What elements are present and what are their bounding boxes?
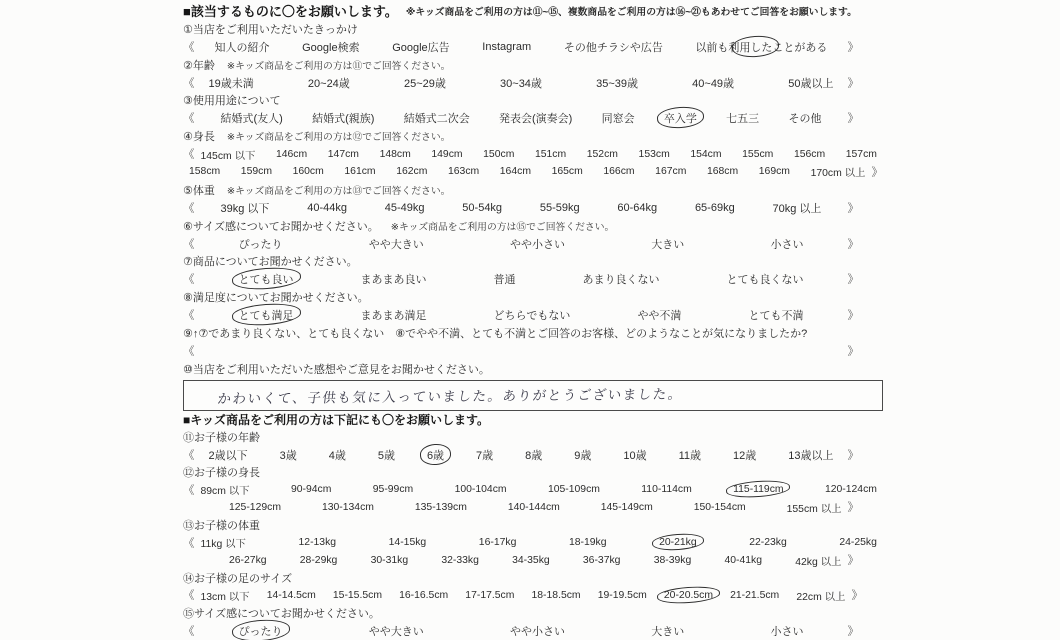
option: 125-129cm [229, 502, 281, 513]
bracket-open: 《 [183, 535, 195, 551]
option: 140-144cm [508, 502, 560, 513]
option: 6歳 [427, 447, 444, 463]
option: ぴったり [239, 236, 283, 252]
bracket-close: 》 [848, 307, 860, 323]
question-5-label: ⑤体重 [183, 182, 215, 198]
option-text: ことがある [772, 42, 827, 54]
option: 156cm [794, 149, 825, 160]
question-8-options-row: 《 とても満足まあまあ満足どちらでもないやや不満とても不満 》 [183, 306, 883, 324]
option: 19-19.5cm [598, 590, 647, 601]
option: 120-124cm [825, 484, 877, 495]
option: 42kg 以上 [795, 553, 841, 568]
option: とても満足 [239, 307, 294, 323]
option: 163cm [448, 166, 479, 177]
bracket-close: 》 [848, 200, 860, 216]
question-12-options-line1: 89cm 以下90-94cm95-99cm100-104cm105-109cm1… [201, 482, 878, 497]
bracket-open: 《 [183, 587, 195, 603]
option: 155cm 以上 [787, 500, 842, 515]
option: 154cm [690, 149, 721, 160]
option: その他 [788, 110, 821, 126]
question-7-options: とても良いまあまあ良い普通あまり良くないとても良くない [239, 271, 804, 287]
option: 24-25kg [839, 537, 877, 548]
bracket-open: 《 [183, 110, 195, 126]
option: 164cm [500, 166, 531, 177]
question-6-options: ぴったりやや大きいやや小さい大きい小さい [239, 236, 804, 252]
bracket-open: 《 [183, 307, 195, 323]
option: 22cm 以上 [796, 588, 845, 603]
option: 150-154cm [694, 502, 746, 513]
bracket-open: 《 [183, 271, 195, 287]
question-7-options-row: 《 とても良いまあまあ良い普通あまり良くないとても良くない 》 [183, 270, 883, 288]
question-11-options-row: 《 2歳以下3歳4歳5歳6歳7歳8歳9歳10歳11歳12歳13歳以上 》 [183, 446, 883, 464]
bracket-close: 》 [848, 75, 860, 91]
question-2-note: ※キッズ商品をご利用の方は⑪でご回答ください。 [227, 58, 451, 72]
option: 3歳 [280, 447, 297, 463]
option: 21-21.5cm [730, 590, 779, 601]
option: やや小さい [510, 623, 565, 639]
bracket-open: 《 [183, 236, 195, 252]
option: 34-35kg [512, 555, 550, 566]
question-5-label-row: ⑤体重 ※キッズ商品をご利用の方は⑬でご回答ください。 [183, 181, 883, 199]
option: 13cm 以下 [201, 588, 250, 603]
option: 七五三 [726, 110, 759, 126]
option: 25~29歳 [404, 75, 446, 91]
option: 170cm 以上 [811, 164, 866, 179]
option: 結婚式(親族) [312, 110, 374, 126]
option: 普通 [494, 271, 516, 287]
option: Google広告 [392, 39, 449, 55]
question-13-options-row-2: 26-27kg28-29kg30-31kg32-33kg34-35kg36-37… [183, 551, 883, 569]
question-13-options-line2: 26-27kg28-29kg30-31kg32-33kg34-35kg36-37… [229, 553, 842, 568]
question-3-options-row: 《 結婚式(友人)結婚式(親族)結婚式二次会発表会(演奏会)同窓会卒入学七五三そ… [183, 109, 883, 127]
option: 発表会(演奏会) [499, 110, 572, 126]
bracket-close: 》 [852, 587, 864, 603]
option: 35~39歳 [596, 75, 638, 91]
question-15-label-row: ⑮サイズ感についてお聞かせください。 [183, 604, 883, 622]
question-14-label-row: ⑭お子様の足のサイズ [183, 569, 883, 587]
option: とても不満 [748, 307, 803, 323]
question-9-label-row: ⑨↑⑦であまり良くない、とても良くない ⑧でやや不満、とても不満とご回答のお客様… [183, 324, 883, 342]
option: 145-149cm [601, 502, 653, 513]
question-6-options-row: 《 ぴったりやや大きいやや小さい大きい小さい 》 [183, 235, 883, 253]
option: 4歳 [329, 447, 346, 463]
option: 168cm [707, 166, 738, 177]
option: 13歳以上 [788, 447, 833, 463]
option: 18-19kg [569, 537, 607, 548]
option: 157cm [846, 149, 877, 160]
option: 18-18.5cm [532, 590, 581, 601]
option: 150cm [483, 149, 514, 160]
option: 166cm [603, 166, 634, 177]
option: 100-104cm [455, 484, 507, 495]
question-15-options: ぴったりやや大きいやや小さい大きい小さい [239, 623, 804, 639]
option: 以前も利用したことがある [695, 39, 827, 55]
adult-section: ■該当するものに〇をお願いします。 ※キッズ商品をご利用の方は⑪~⑮、複数商品を… [183, 2, 883, 378]
option: 149cm [431, 149, 462, 160]
circle-mark: 用した [739, 39, 772, 55]
bracket-close: 》 [872, 164, 884, 180]
option: やや不満 [637, 307, 681, 323]
question-5-options: 39kg 以下40-44kg45-49kg50-54kg55-59kg60-64… [221, 200, 822, 216]
question-10-label: ⑩当店をご利用いただいた感想やご意見をお聞かせください。 [183, 361, 490, 377]
option: 152cm [587, 149, 618, 160]
question-5-note: ※キッズ商品をご利用の方は⑬でご回答ください。 [227, 183, 451, 197]
option: 結婚式(友人) [221, 110, 283, 126]
question-11-options: 2歳以下3歳4歳5歳6歳7歳8歳9歳10歳11歳12歳13歳以上 [209, 447, 834, 463]
option: 15-15.5cm [333, 590, 382, 601]
bracket-close: 》 [848, 447, 860, 463]
option: 8歳 [525, 447, 542, 463]
option: その他チラシや広告 [564, 39, 663, 55]
option: 151cm [535, 149, 566, 160]
option: 105-109cm [548, 484, 600, 495]
option: 卒入学 [664, 110, 697, 126]
bracket-close: 》 [848, 343, 860, 359]
option: 55-59kg [540, 202, 580, 214]
bracket-open: 《 [183, 200, 195, 216]
option: 45-49kg [385, 202, 425, 214]
question-13-label-row: ⑬お子様の体重 [183, 516, 883, 534]
option: 153cm [639, 149, 670, 160]
option: 28-29kg [300, 555, 338, 566]
question-13-options-row-1: 《 11kg 以下12-13kg14-15kg16-17kg18-19kg20-… [183, 534, 883, 552]
question-2-options: 19歳未満20~24歳25~29歳30~34歳35~39歳40~49歳50歳以上 [209, 75, 834, 91]
option: 17-17.5cm [465, 590, 514, 601]
option: 7歳 [476, 447, 493, 463]
section1-header: ■該当するものに〇をお願いします。 ※キッズ商品をご利用の方は⑪~⑮、複数商品を… [183, 2, 883, 20]
question-10-label-row: ⑩当店をご利用いただいた感想やご意見をお聞かせください。 [183, 360, 883, 378]
option: 161cm [344, 166, 375, 177]
option: 大きい [651, 623, 684, 639]
option: 小さい [771, 236, 804, 252]
option: 10歳 [623, 447, 646, 463]
question-2-options-row: 《 19歳未満20~24歳25~29歳30~34歳35~39歳40~49歳50歳… [183, 74, 883, 92]
bracket-open: 《 [183, 75, 195, 91]
question-1-label: ①当店をご利用いただいたきっかけ [183, 21, 358, 37]
option: 70kg 以上 [772, 200, 821, 216]
question-2-label-row: ②年齢 ※キッズ商品をご利用の方は⑪でご回答ください。 [183, 56, 883, 74]
option: 12歳 [733, 447, 756, 463]
option: 147cm [328, 149, 359, 160]
option: 40~49歳 [692, 75, 734, 91]
option: 162cm [396, 166, 427, 177]
option: 14-14.5cm [267, 590, 316, 601]
option: 大きい [651, 236, 684, 252]
question-6-note: ※キッズ商品をご利用の方は⑮でご回答ください。 [391, 219, 615, 233]
question-3-label: ③使用用途について [183, 92, 281, 108]
option: 159cm [241, 166, 272, 177]
option: 155cm [742, 149, 773, 160]
bracket-open: 《 [183, 623, 195, 639]
question-12-label-row: ⑫お子様の身長 [183, 463, 883, 481]
option: 110-114cm [641, 484, 691, 495]
option: あまり良くない [583, 271, 660, 287]
option: やや大きい [369, 623, 424, 639]
option: 50-54kg [462, 202, 502, 214]
question-6-label-row: ⑥サイズ感についてお聞かせください。 ※キッズ商品をご利用の方は⑮でご回答くださ… [183, 217, 883, 235]
option: ぴったり [239, 623, 283, 639]
option: 11kg 以下 [201, 535, 246, 550]
section1-title: ■該当するものに〇をお願いします。 [183, 1, 398, 20]
section2-title: ■キッズ商品をご利用の方は下記にも〇をお願いします。 [183, 411, 489, 428]
option: 30~34歳 [500, 75, 542, 91]
question-8-label: ⑧満足度についてお聞かせください。 [183, 289, 369, 305]
question-4-options-line1: 145cm 以下146cm147cm148cm149cm150cm151cm15… [201, 147, 878, 162]
option: どちらでもない [494, 307, 571, 323]
bracket-open: 《 [183, 482, 195, 498]
option: 5歳 [378, 447, 395, 463]
free-comment-box: かわいくて、子供も気に入っていました。ありがとうございました。 [183, 380, 883, 411]
question-4-options-line2: 158cm159cm160cm161cm162cm163cm164cm165cm… [189, 164, 866, 179]
option: 20-21kg [659, 537, 697, 548]
option: 19歳未満 [209, 75, 254, 91]
section2-header: ■キッズ商品をご利用の方は下記にも〇をお願いします。 [183, 411, 883, 429]
option: 115-119cm [733, 484, 783, 495]
bracket-open: 《 [183, 343, 195, 359]
option: 89cm 以下 [201, 482, 250, 497]
question-11-label: ⑪お子様の年齢 [183, 429, 260, 445]
option: 40-41kg [724, 555, 762, 566]
question-4-note: ※キッズ商品をご利用の方は⑫でご回答ください。 [227, 129, 451, 143]
question-4-options-row-2: 158cm159cm160cm161cm162cm163cm164cm165cm… [183, 163, 883, 181]
option-text: 以前も利 [695, 42, 739, 54]
option: 知人の紹介 [215, 39, 270, 55]
option: 20-20.5cm [664, 590, 713, 601]
bracket-open: 《 [183, 146, 195, 162]
option: まあまあ良い [361, 271, 427, 287]
section1-note: ※キッズ商品をご利用の方は⑪~⑮、複数商品をご利用の方は⑯~㉑もあわせてご回答を… [406, 4, 857, 18]
question-11-label-row: ⑪お子様の年齢 [183, 428, 883, 446]
option: 160cm [293, 166, 324, 177]
question-12-options-row-1: 《 89cm 以下90-94cm95-99cm100-104cm105-109c… [183, 481, 883, 499]
option: 26-27kg [229, 555, 267, 566]
option: やや小さい [510, 236, 565, 252]
option: 38-39kg [654, 555, 692, 566]
question-9-answer-row: 《 》 [183, 342, 883, 360]
option: 16-17kg [479, 537, 517, 548]
question-1-label-row: ①当店をご利用いただいたきっかけ [183, 20, 883, 38]
option: 小さい [771, 623, 804, 639]
option: 結婚式二次会 [404, 110, 470, 126]
question-9-label: ⑨↑⑦であまり良くない、とても良くない ⑧でやや不満、とても不満とご回答のお客様… [183, 325, 807, 341]
survey-form-page: ■該当するものに〇をお願いします。 ※キッズ商品をご利用の方は⑪~⑮、複数商品を… [183, 2, 883, 639]
option: とても良い [239, 271, 294, 287]
question-3-options: 結婚式(友人)結婚式(親族)結婚式二次会発表会(演奏会)同窓会卒入学七五三その他 [221, 110, 822, 126]
option: Instagram [482, 41, 531, 53]
question-13-label: ⑬お子様の体重 [183, 517, 260, 533]
question-3-label-row: ③使用用途について [183, 91, 883, 109]
bracket-close: 》 [848, 110, 860, 126]
bracket-close: 》 [848, 39, 860, 55]
bracket-close: 》 [848, 623, 860, 639]
option: やや大きい [369, 236, 424, 252]
bracket-close: 》 [848, 271, 860, 287]
question-1-options: 知人の紹介Google検索Google広告Instagramその他チラシや広告以… [215, 39, 828, 55]
option: 148cm [380, 149, 411, 160]
question-6-label: ⑥サイズ感についてお聞かせください。 [183, 218, 379, 234]
question-4-label-row: ④身長 ※キッズ商品をご利用の方は⑫でご回答ください。 [183, 127, 883, 145]
option: 11歳 [679, 447, 701, 463]
question-13-options-line1: 11kg 以下12-13kg14-15kg16-17kg18-19kg20-21… [201, 535, 878, 550]
option: 60-64kg [617, 202, 657, 214]
question-5-options-row: 《 39kg 以下40-44kg45-49kg50-54kg55-59kg60-… [183, 199, 883, 217]
option: 16-16.5cm [399, 590, 448, 601]
option: 9歳 [574, 447, 591, 463]
question-14-label: ⑭お子様の足のサイズ [183, 570, 292, 586]
question-4-options-row-1: 《 145cm 以下146cm147cm148cm149cm150cm151cm… [183, 145, 883, 163]
question-12-options-line2: 125-129cm130-134cm135-139cm140-144cm145-… [229, 500, 842, 515]
question-8-options: とても満足まあまあ満足どちらでもないやや不満とても不満 [239, 307, 804, 323]
option: 12-13kg [299, 537, 337, 548]
bracket-close: 》 [848, 236, 860, 252]
question-12-label: ⑫お子様の身長 [183, 464, 260, 480]
question-4-label: ④身長 [183, 128, 215, 144]
bracket-close: 》 [848, 552, 860, 568]
option: まあまあ満足 [361, 307, 427, 323]
option: 135-139cm [415, 502, 467, 513]
question-15-label: ⑮サイズ感についてお聞かせください。 [183, 605, 380, 621]
option: 165cm [552, 166, 583, 177]
question-8-label-row: ⑧満足度についてお聞かせください。 [183, 288, 883, 306]
option: Google検索 [302, 39, 359, 55]
option: 158cm [189, 166, 220, 177]
bracket-open: 《 [183, 39, 195, 55]
option: 167cm [655, 166, 686, 177]
question-2-label: ②年齢 [183, 57, 215, 73]
option: 169cm [759, 166, 790, 177]
option: 90-94cm [291, 484, 331, 495]
option: 22-23kg [749, 537, 787, 548]
option: 同窓会 [602, 110, 635, 126]
option: 40-44kg [307, 202, 347, 214]
question-15-options-row: 《 ぴったりやや大きいやや小さい大きい小さい 》 [183, 622, 883, 640]
bracket-open: 《 [183, 447, 195, 463]
option: 14-15kg [389, 537, 427, 548]
option: 50歳以上 [788, 75, 833, 91]
option: 95-99cm [373, 484, 413, 495]
option: 130-134cm [322, 502, 374, 513]
option: 146cm [276, 149, 307, 160]
option: 32-33kg [441, 555, 479, 566]
question-7-label-row: ⑦商品についてお聞かせください。 [183, 252, 883, 270]
option: とても良くない [727, 271, 804, 287]
option: 65-69kg [695, 202, 735, 214]
question-14-options: 13cm 以下14-14.5cm15-15.5cm16-16.5cm17-17.… [201, 588, 846, 603]
option: 20~24歳 [308, 75, 350, 91]
option: 2歳以下 [209, 447, 248, 463]
option: 145cm 以下 [201, 147, 256, 162]
option: 36-37kg [583, 555, 621, 566]
question-12-options-row-2: 125-129cm130-134cm135-139cm140-144cm145-… [183, 499, 883, 517]
bracket-close: 》 [848, 499, 860, 515]
option: 39kg 以下 [221, 200, 270, 216]
handwritten-answer: かわいくて、子供も気に入っていました。ありがとうございました。 [217, 383, 685, 408]
kids-section: ■キッズ商品をご利用の方は下記にも〇をお願いします。 ⑪お子様の年齢 《 2歳以… [183, 411, 883, 640]
question-14-options-row: 《 13cm 以下14-14.5cm15-15.5cm16-16.5cm17-1… [183, 587, 883, 605]
question-1-options-row: 《 知人の紹介Google検索Google広告Instagramその他チラシや広… [183, 38, 883, 56]
option: 30-31kg [371, 555, 409, 566]
question-7-label: ⑦商品についてお聞かせください。 [183, 253, 358, 269]
